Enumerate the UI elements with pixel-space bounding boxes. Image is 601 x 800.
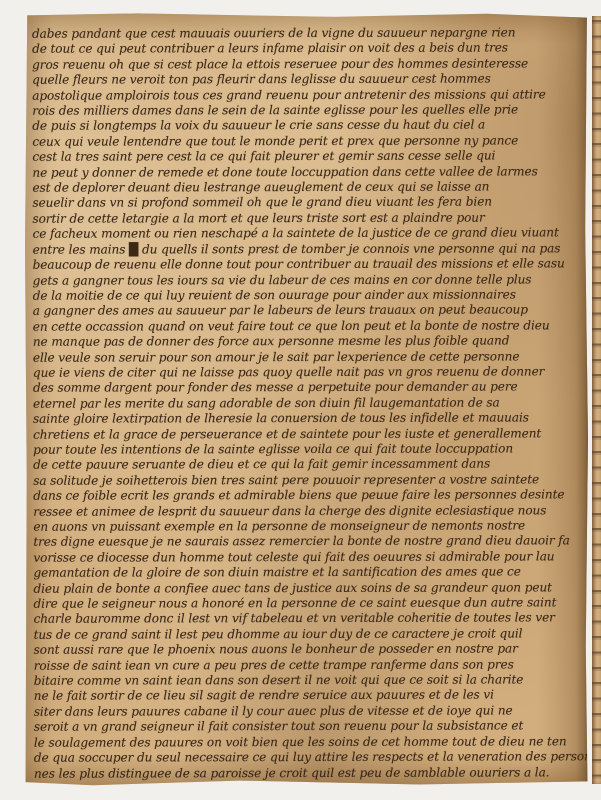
manuscript-line: siter dans leurs pauures cabane il ly co…	[34, 703, 587, 720]
manuscript-line: rois des milliers dames dans le sein de …	[32, 102, 585, 119]
manuscript-line: ne manque pas de donner des force aux pe…	[33, 333, 586, 350]
manuscript-line: pour toute les intentions de la sainte e…	[33, 441, 586, 458]
manuscript-line: seroit a vn grand seigneur il fait consi…	[34, 719, 587, 736]
manuscript-line: cest la tres saint pere cest la ce qui f…	[32, 149, 585, 166]
manuscript-line: gemantation de la gloire de son diuin ma…	[33, 564, 586, 581]
manuscript-line: ce facheux moment ou rien neschapé a la …	[33, 226, 586, 243]
manuscript-line: a gangner des ames au sauueur par le lab…	[33, 303, 586, 320]
manuscript-line: tres digne euesque je ne saurais assez r…	[33, 534, 586, 551]
manuscript-line: ceux qui veule lentendre que tout le mon…	[32, 133, 585, 150]
manuscript-line: des somme dargent pour fonder des messe …	[33, 380, 586, 397]
manuscript-line: de qua soccuper du seul necessaire ce qu…	[34, 749, 587, 766]
manuscript-line: eternel par les merite du sang adorable …	[33, 395, 586, 412]
manuscript-line: ne peut y donner de remede et done toute…	[32, 164, 585, 181]
adjacent-page-sliver	[592, 16, 601, 784]
manuscript-line: quelle fleurs ne veroit ton pas fleurir …	[32, 71, 585, 88]
manuscript-line: de puis si longtemps la voix du sauueur …	[32, 118, 585, 135]
manuscript-text-block: dabes pandant que cest mauuais ouuriers …	[32, 25, 587, 782]
manuscript-line: est de deplorer deuant dieu lestrange au…	[32, 179, 585, 196]
manuscript-line: de tout ce qui peut contribuer a leurs i…	[32, 41, 585, 58]
manuscript-line: gets a gangner tous les iours sa vie du …	[33, 272, 586, 289]
manuscript-line: vorisse ce diocesse dun homme tout celes…	[33, 549, 586, 566]
manuscript-line: apostolique amploirois tous ces grand re…	[32, 87, 585, 104]
manuscript-line: le soulagement des pauures on voit bien …	[34, 734, 587, 751]
manuscript-line: seuelir dans vn si profond sommeil oh qu…	[32, 195, 585, 212]
manuscript-line: bitaire comme vn saint iean dans son des…	[34, 672, 587, 689]
manuscript-line: elle veule son seruir pour son amour je …	[33, 349, 586, 366]
manuscript-line: en cette occassion quand on veut faire t…	[33, 318, 586, 335]
manuscript-line: dans ce foible ecrit les grands et admir…	[33, 487, 586, 504]
manuscript-line: roisse de saint iean vn cure a peu pres …	[34, 657, 587, 674]
manuscript-line: de la moitie de ce qui luy reuient de so…	[33, 287, 586, 304]
manuscript-line: chretiens et la grace de perseuerance et…	[33, 426, 586, 443]
manuscript-line: entre les mains █ du quells il sonts pre…	[33, 241, 586, 258]
manuscript-scene: dabes pandant que cest mauuais ouuriers …	[0, 0, 601, 800]
manuscript-line: tus de ce grand saint il lest peu dhomme…	[34, 626, 587, 643]
manuscript-line: de cette pauure seruante de dieu et ce q…	[33, 457, 586, 474]
manuscript-page: dabes pandant que cest mauuais ouuriers …	[25, 13, 588, 786]
manuscript-line: charle bauromme donc il lest vn vif tabe…	[34, 611, 587, 628]
manuscript-line: nes les plus distinguee de sa paroisse j…	[34, 765, 587, 782]
manuscript-line: sainte gloire lextirpation de lheresie l…	[33, 410, 586, 427]
manuscript-line: dabes pandant que cest mauuais ouuriers …	[32, 25, 585, 42]
manuscript-line: dieu plain de bonte a confiee auec tans …	[33, 580, 586, 597]
manuscript-line: sortir de cette letargie a la mort et qu…	[32, 210, 585, 227]
manuscript-line: beaucoup de reuenu elle donne tout pour …	[33, 256, 586, 273]
manuscript-line: dire que le seigneur nous a honoré en la…	[34, 595, 587, 612]
manuscript-line: ne le fait sortir de ce lieu sil sagit d…	[34, 688, 587, 705]
manuscript-line: sa solitude je soihetterois bien tres sa…	[33, 472, 586, 489]
manuscript-line: que ie viens de citer qui ne laisse pas …	[33, 364, 586, 381]
manuscript-line: gros reuenu oh que si cest place la etto…	[32, 56, 585, 73]
manuscript-line: ressee et animee de lesprit du sauueur d…	[33, 503, 586, 520]
manuscript-line: sont aussi rare que le phoenix nous auon…	[34, 642, 587, 659]
manuscript-line: en auons vn puissant exemple en la perso…	[33, 518, 586, 535]
